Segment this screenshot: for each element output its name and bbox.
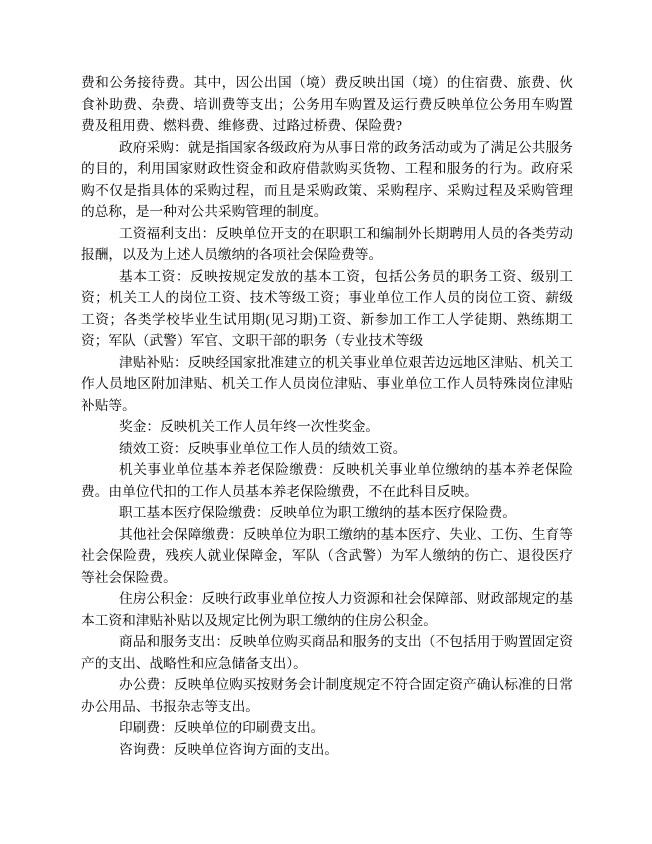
para-performance-pay: 绩效工资：反映事业单位工作人员的绩效工资。 [81, 438, 573, 460]
para-printing-fee: 印刷费：反映单位的印刷费支出。 [81, 717, 573, 739]
para-consulting-fee: 咨询费：反映单位咨询方面的支出。 [81, 739, 573, 761]
para-continuation-travel-expenses: 费和公务接待费。其中，因公出国（境）费反映出国（境）的住宿费、旅费、伙食补助费、… [81, 72, 573, 137]
document-page: 费和公务接待费。其中，因公出国（境）费反映出国（境）的住宿费、旅费、伙食补助费、… [0, 0, 652, 844]
para-basic-wage: 基本工资：反映按规定发放的基本工资，包括公务员的职务工资、级别工资；机关工人的岗… [81, 266, 573, 352]
para-goods-services-expenditure: 商品和服务支出：反映单位购买商品和服务的支出（不包括用于购置固定资产的支出、战略… [81, 631, 573, 674]
para-bonus: 奖金：反映机关工作人员年终一次性奖金。 [81, 416, 573, 438]
para-government-procurement: 政府采购：就是指国家各级政府为从事日常的政务活动或为了满足公共服务的目的，利用国… [81, 137, 573, 223]
para-pension-insurance-contribution: 机关事业单位基本养老保险缴费：反映机关事业单位缴纳的基本养老保险费。由单位代扣的… [81, 459, 573, 502]
para-other-social-security-contribution: 其他社会保障缴费：反映单位为职工缴纳的基本医疗、失业、工伤、生育等社会保险费，残… [81, 524, 573, 589]
para-housing-provident-fund: 住房公积金：反映行政事业单位按人力资源和社会保障部、财政部规定的基本工资和津贴补… [81, 588, 573, 631]
para-wage-welfare-expenditure: 工资福利支出：反映单位开支的在职职工和编制外长期聘用人员的各类劳动报酬，以及为上… [81, 223, 573, 266]
para-medical-insurance-contribution: 职工基本医疗保险缴费：反映单位为职工缴纳的基本医疗保险费。 [81, 502, 573, 524]
para-allowances-subsidies: 津贴补贴：反映经国家批准建立的机关事业单位艰苦边远地区津贴、机关工作人员地区附加… [81, 352, 573, 417]
para-office-expenses: 办公费：反映单位购买按财务会计制度规定不符合固定资产确认标准的日常办公用品、书报… [81, 674, 573, 717]
